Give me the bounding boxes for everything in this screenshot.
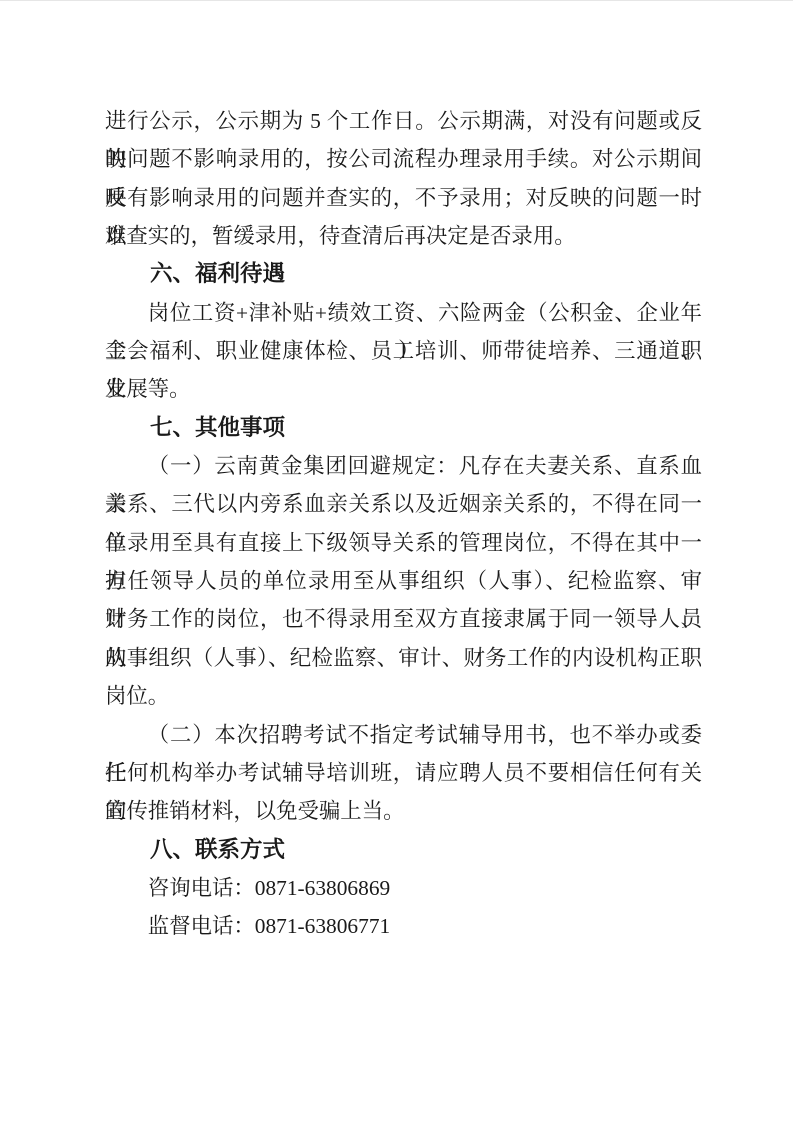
section-heading: 六、福利待遇 xyxy=(105,255,702,293)
body-text-line: 进行公示，公示期为 5 个工作日。公示期满，对没有问题或反映 xyxy=(105,102,702,140)
body-text-line: 以查实的，暂缓录用，待查清后再决定是否录用。 xyxy=(105,217,702,255)
document-page: 进行公示，公示期为 5 个工作日。公示期满，对没有问题或反映的问题不影响录用的，… xyxy=(0,0,793,1122)
body-text-line: 任何机构举办考试辅导培训班，请应聘人员不要相信任何有关的 xyxy=(105,754,702,792)
section-heading: 八、联系方式 xyxy=(105,831,702,869)
body-text-line: （二）本次招聘考试不指定考试辅导用书，也不举办或委托 xyxy=(105,716,702,754)
body-text-line: （一）云南黄金集团回避规定：凡存在夫妻关系、直系血亲 xyxy=(105,447,702,485)
body-text-line: 关系、三代以内旁系血亲关系以及近姻亲关系的，不得在同一单 xyxy=(105,485,702,523)
section-heading: 七、其他事项 xyxy=(105,409,702,447)
body-text-line: 担任领导人员的单位录用至从事组织（人事）、纪检监察、审计、 xyxy=(105,562,702,600)
body-text-line: 位录用至具有直接上下级领导关系的管理岗位，不得在其中一方 xyxy=(105,524,702,562)
body-text-line: 的问题不影响录用的，按公司流程办理录用手续。对公示期间反 xyxy=(105,140,702,178)
body-text-line: 监督电话：0871-63806771 xyxy=(105,907,702,945)
body-text-line: 发展等。 xyxy=(105,370,702,408)
body-text-line: 映有影响录用的问题并查实的，不予录用；对反映的问题一时难 xyxy=(105,179,702,217)
body-text-line: 财务工作的岗位，也不得录用至双方直接隶属于同一领导人员的 xyxy=(105,600,702,638)
body-text-line: 岗位工资+津补贴+绩效工资、六险两金（公积金、企业年金）、 xyxy=(105,294,702,332)
document-content: 进行公示，公示期为 5 个工作日。公示期满，对没有问题或反映的问题不影响录用的，… xyxy=(105,102,702,946)
body-text-line: 宣传推销材料，以免受骗上当。 xyxy=(105,792,702,830)
body-text-line: 工会福利、职业健康体检、员工培训、师带徒培养、三通道职业 xyxy=(105,332,702,370)
body-text-line: 从事组织（人事）、纪检监察、审计、财务工作的内设机构正职 xyxy=(105,639,702,677)
body-text-line: 咨询电话：0871-63806869 xyxy=(105,869,702,907)
body-text-line: 岗位。 xyxy=(105,677,702,715)
